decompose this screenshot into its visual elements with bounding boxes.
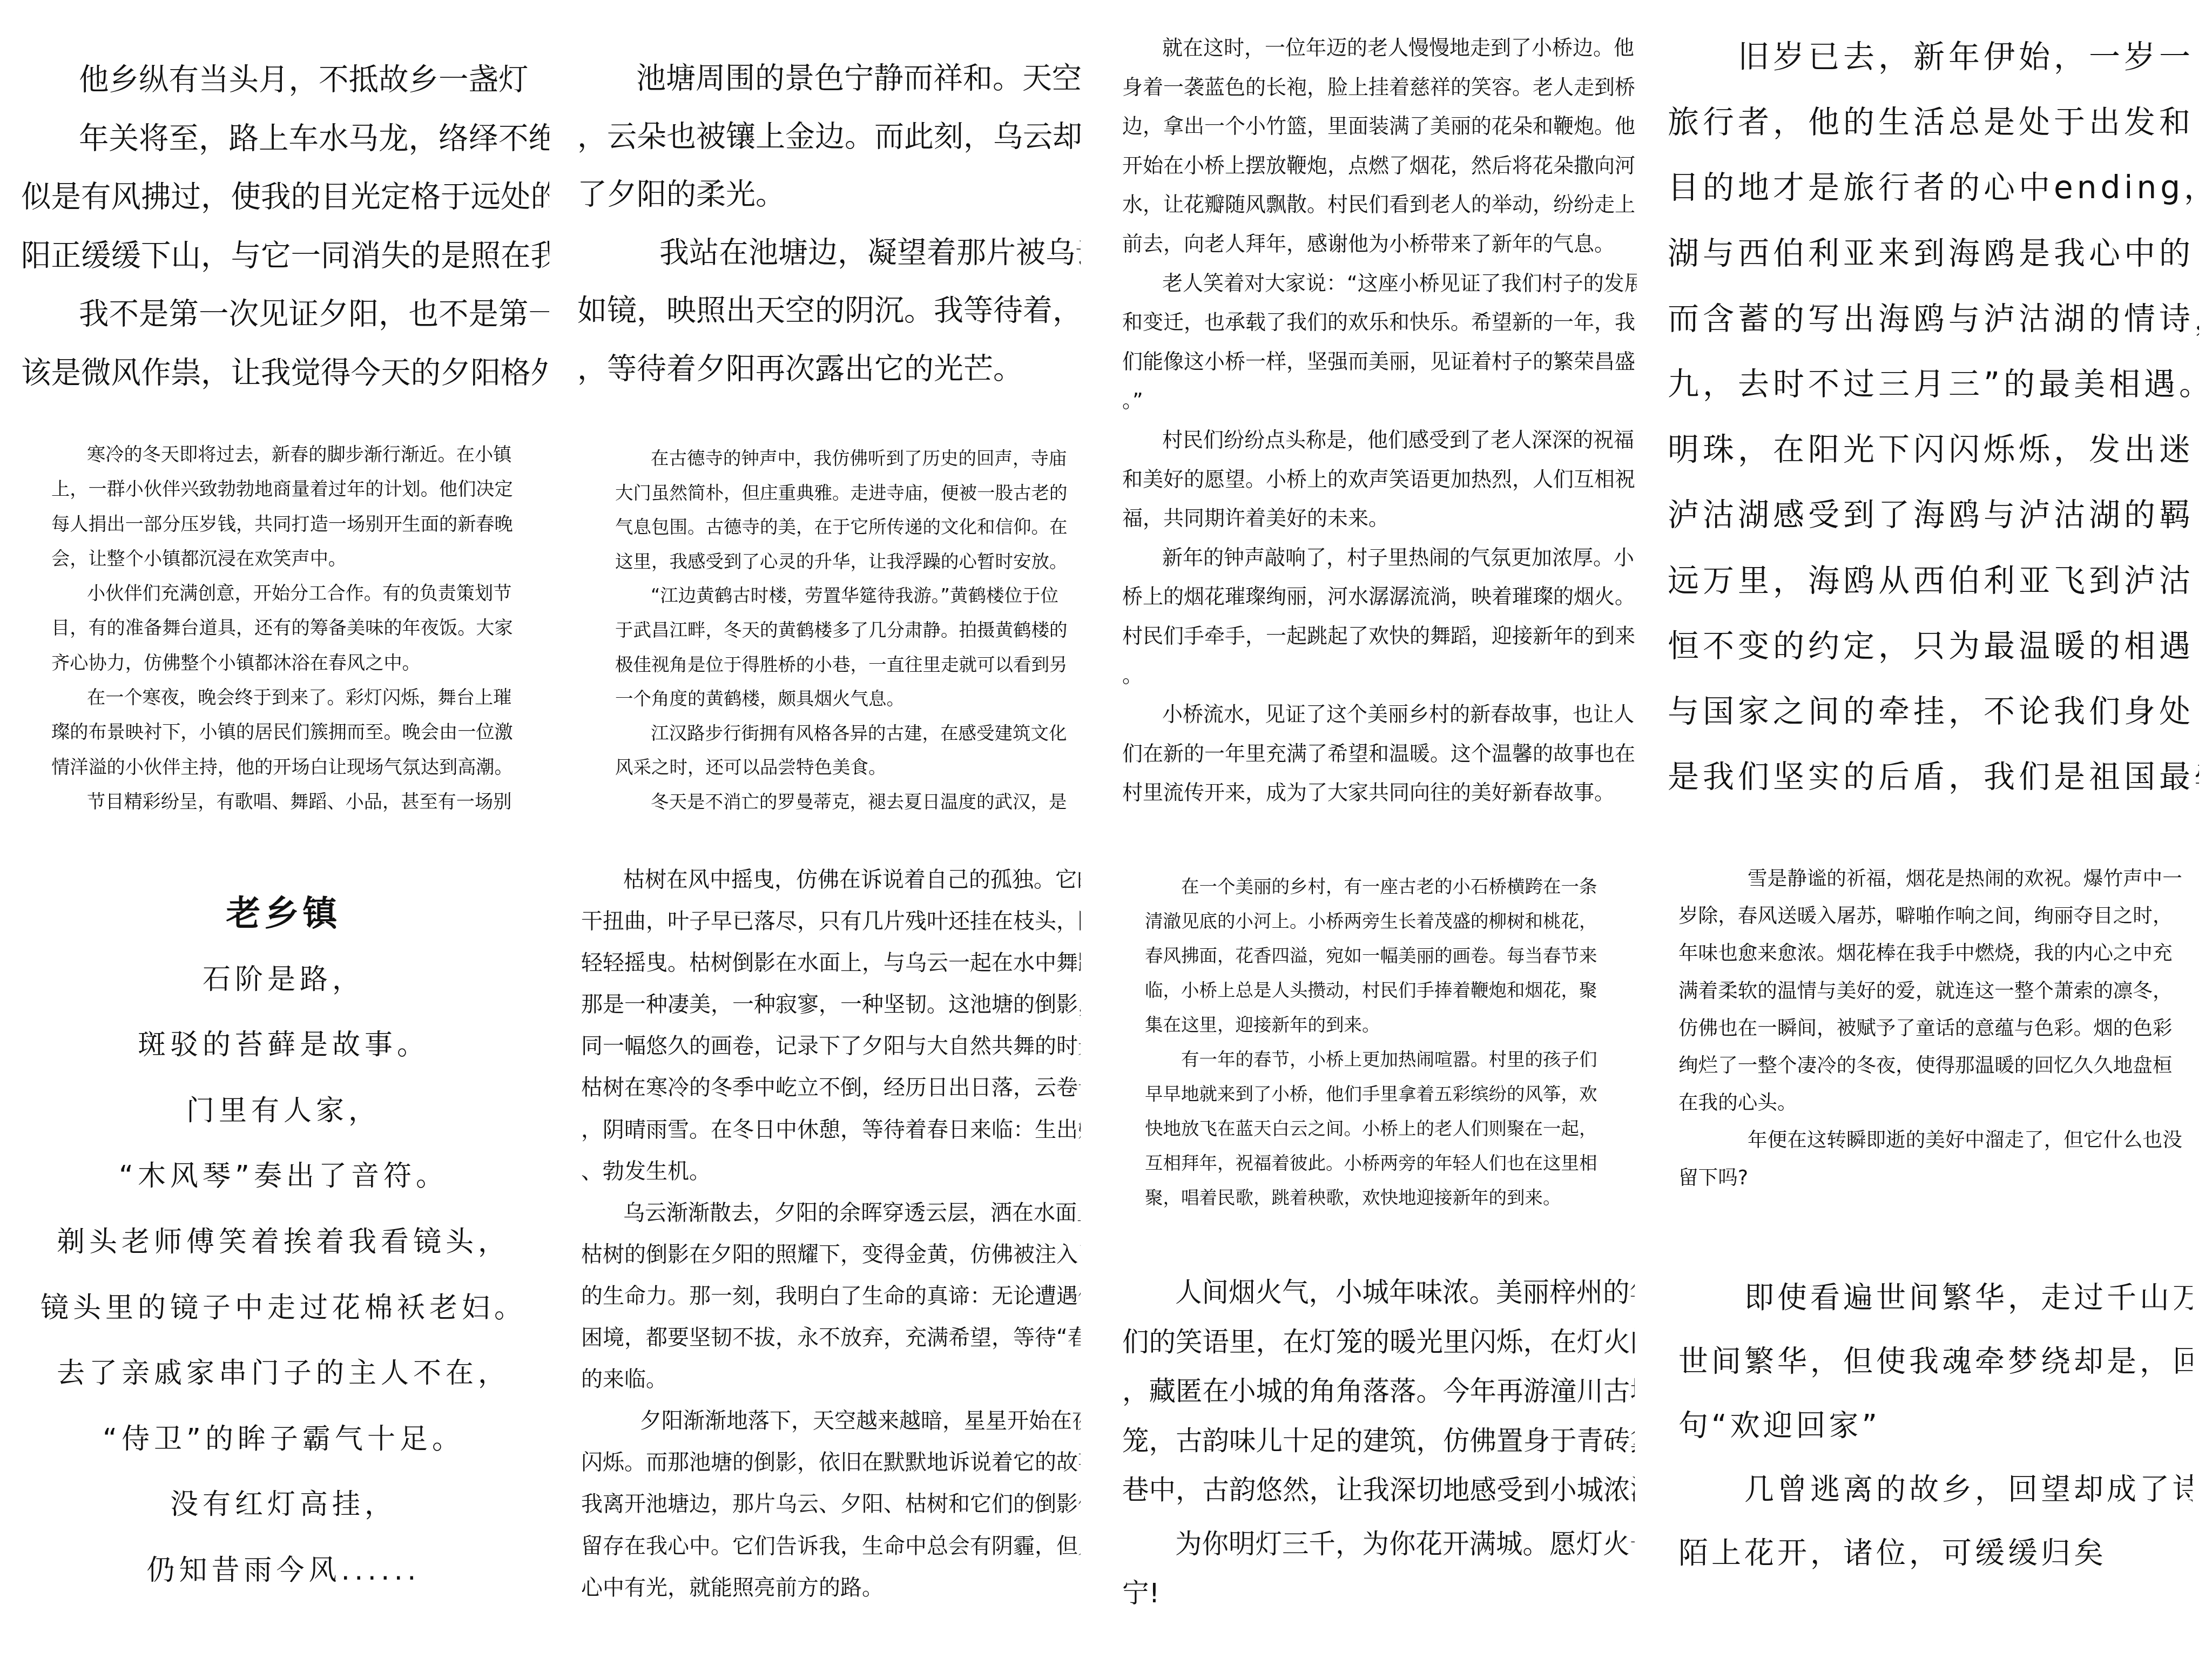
text-line: 的生命力。那一刻，我明白了生命的真谛：无论遭遇何 [581,1276,1081,1317]
text-line: 枯树在寒冷的冬季中屹立不倒，经历日出日落，云卷云 [581,1067,1081,1109]
text-line: 恒不变的约定，只为最温暖的相遇 [1668,613,2199,679]
panel-pond-scenery: 池塘周围的景色宁静而祥和。天空 ，云朵也被镶上金边。而此刻，乌云却 了夕阳的柔光… [553,0,1081,415]
text-line: ，藏匿在小城的角角落落。今年再游潼川古城 [1122,1367,1635,1417]
text-line: 集在这里，迎接新年的到来。 [1145,1008,1597,1042]
text-line: 新年的钟声敲响了，村子里热闹的气氛更加浓厚。小 [1122,538,1637,577]
text-line: 在古德寺的钟声中，我仿佛听到了历史的回声，寺庙 [615,441,1068,476]
text-line: 阳正缓缓下山，与它一同消失的是照在我 [21,227,549,286]
poem-line: 石阶是路， [14,947,553,1013]
panel-fireworks-memory: 雪是静谧的祈福，烟花是热闹的欢祝。爆竹声中一 岁除，春风送暖入屠苏，噼啪作响之间… [1659,829,2212,1244]
text-line: ，阴晴雨雪。在冬日中休憩，等待着春日来临：生出嫩 [581,1109,1081,1151]
text-line: 桥上的烟花璀璨绚丽，河水潺潺流淌，映着璀璨的烟火。 [1122,577,1637,616]
text-line: 璨的布景映衬下，小镇的居民们簇拥而至。晚会由一位激 [51,715,513,750]
text-line: 旅行者，他的生活总是处于出发和 [1668,90,2199,155]
text-line: 干扭曲，叶子早已落尽，只有几片残叶还挂在枝头，随 [581,901,1081,942]
poem-line: 斑驳的苔藓是故事。 [14,1013,553,1078]
text-line: 与国家之间的牵挂，不论我们身处 [1668,679,2199,744]
text-line: 闪烁。而那池塘的倒影，依旧在默默地诉说着它的故事 [581,1442,1081,1483]
text-line: 泸沽湖感受到了海鸥与泸沽湖的羁 [1668,482,2199,548]
text-line: 世间繁华，但使我魂牵梦绕却是，回 [1678,1329,2193,1393]
panel-town-new-year-gala: 寒冷的冬天即将过去，新春的脚步渐行渐近。在小镇 上，一群小伙伴兴致勃勃地商量着过… [0,415,553,829]
text-line: 了夕阳的柔光。 [577,165,1081,224]
text-line: 们能像这小桥一样，坚强而美丽，见证着村子的繁荣昌盛 [1122,342,1637,381]
text-line: 在一个美丽的乡村，有一座古老的小石桥横跨在一条 [1145,869,1597,904]
poem-line: 去了亲戚家串门子的主人不在， [14,1341,553,1407]
text-line: 水，让花瓣随风飘散。村民们看到老人的举动，纷纷走上 [1122,185,1637,224]
text-line: 每人捐出一部分压岁钱，共同打造一场别开生面的新春晚 [51,507,513,542]
text-line: 而含蓄的写出海鸥与泸沽湖的情诗， [1668,286,2199,352]
text-line: 江汉路步行街拥有风格各异的古建，在感受建筑文化 [615,716,1068,751]
text-line: 一个角度的黄鹤楼，颇具烟火气息。 [615,682,1068,716]
text-line: 于武昌江畔，冬天的黄鹤楼多了几分肃静。拍摄黄鹤楼的 [615,613,1068,648]
text-line: 雪是静谧的祈福，烟花是热闹的欢祝。爆竹声中一 [1678,860,2182,897]
text-line: 仿佛也在一瞬间，被赋予了童话的意蕴与色彩。烟的色彩 [1678,1009,2182,1047]
panel-text: 雪是静谧的祈福，烟花是热闹的欢祝。爆竹声中一 岁除，春风送暖入屠苏，噼啪作响之间… [1678,860,2182,1196]
text-line: 清澈见底的小河上。小桥两旁生长着茂盛的柳树和桃花， [1145,904,1597,939]
panel-text: 在一个美丽的乡村，有一座古老的小石桥横跨在一条 清澈见底的小河上。小桥两旁生长着… [1145,869,1597,1215]
text-line: 同一幅悠久的画卷，记录下了夕阳与大自然共舞的时光 [581,1026,1081,1067]
panel-lugu-lake-seagulls: 旧岁已去，新年伊始，一岁一 旅行者，他的生活总是处于出发和 目的地才是旅行者的心… [1659,0,2199,829]
text-line: 枯树的倒影在夕阳的照耀下，变得金黄，仿佛被注入了 [581,1234,1081,1276]
panel-withered-tree: 枯树在风中摇曳，仿佛在诉说着自己的孤独。它的 干扭曲，叶子早已落尽，只有几片残叶… [553,829,1081,1659]
text-line: 边，拿出一个小竹篮，里面装满了美丽的花朵和鞭炮。他 [1122,106,1637,146]
text-line: 即使看遍世间繁华，走过千山万 [1678,1265,2193,1329]
text-line: 留存在我心中。它们告诉我，生命中总会有阴霾，但只 [581,1526,1081,1567]
text-line: 寒冷的冬天即将过去，新春的脚步渐行渐近。在小镇 [51,437,513,472]
text-line: 我离开池塘边，那片乌云、夕阳、枯树和它们的倒影依 [581,1483,1081,1525]
poem-line: 镜头里的镜子中走过花棉袄老妇。 [14,1276,553,1341]
panel-text: 寒冷的冬天即将过去，新春的脚步渐行渐近。在小镇 上，一群小伙伴兴致勃勃地商量着过… [51,437,513,819]
text-line: 聚，唱着民歌，跳着秧歌，欢快地迎接新年的到来。 [1145,1181,1597,1215]
panel-text: 旧岁已去，新年伊始，一岁一 旅行者，他的生活总是处于出发和 目的地才是旅行者的心… [1668,24,2199,810]
poem-line: 剃头老师傅笑着挨着我看镜头， [14,1210,553,1276]
text-line: 夕阳渐渐地落下，天空越来越暗，星星开始在夜空 [581,1400,1081,1442]
text-line: 是我们坚实的后盾，我们是祖国最牵 [1668,744,2199,810]
text-line: 节目精彩纷呈，有歌唱、舞蹈、小品，甚至有一场别 [51,785,513,819]
panel-text: 人间烟火气，小城年味浓。美丽梓州的年 们的笑语里，在灯笼的暖光里闪烁，在灯火阑 … [1122,1268,1635,1618]
text-line: 似是有风拂过，使我的目光定格于远处的 [21,168,549,227]
poem-line: 没有红灯高挂， [14,1472,553,1538]
text-line: 绚烂了一整个凄冷的冬夜，使得那温暖的回忆久久地盘桓 [1678,1047,2182,1084]
text-line: 会，让整个小镇都沉浸在欢笑声中。 [51,542,513,576]
text-line: 轻轻摇曳。枯树倒影在水面上，与乌云一起在水中舞蹈 [581,942,1081,984]
text-line: 大门虽然简朴，但庄重典雅。走进寺庙，便被一股古老的 [615,476,1068,510]
panel-hometown-sunset: 他乡纵有当头月，不抵故乡一盏灯 年关将至，路上车水马龙，络绎不绝 似是有风拂过，… [0,0,549,415]
text-line: 村里流传开来，成为了大家共同向往的美好新春故事。 [1122,773,1637,812]
text-line: 留下吗? [1678,1159,2182,1196]
text-line: 人间烟火气，小城年味浓。美丽梓州的年 [1122,1268,1635,1318]
panel-text: 枯树在风中摇曳，仿佛在诉说着自己的孤独。它的 干扭曲，叶子早已落尽，只有几片残叶… [581,859,1081,1609]
text-line: 。 [1122,656,1637,695]
panel-text: 他乡纵有当头月，不抵故乡一盏灯 年关将至，路上车水马龙，络绎不绝 似是有风拂过，… [21,51,549,402]
panel-poem-old-town: 老乡镇 石阶是路， 斑驳的苔藓是故事。 门里有人家， “木风琴”奏出了音符。 剃… [0,829,553,1659]
text-line: 临，小桥上总是人头攒动，村民们手捧着鞭炮和烟花，聚 [1145,973,1597,1008]
text-line: 这里，我感受到了心灵的升华，让我浮躁的心暂时安放。 [615,544,1068,579]
text-line: 早早地就来到了小桥，他们手里拿着五彩缤纷的风筝，欢 [1145,1077,1597,1111]
text-line: 巷中，古韵悠然，让我深切地感受到小城浓浓 [1122,1466,1635,1515]
text-line: 句“欢迎回家” [1678,1393,2193,1457]
text-line: 心中有光，就能照亮前方的路。 [581,1567,1081,1609]
text-line: 冬天是不消亡的罗曼蒂克，褪去夏日温度的武汉，是 [615,785,1068,819]
text-line: 开始在小桥上摆放鞭炮，点燃了烟花，然后将花朵撒向河 [1122,146,1637,185]
text-line: 湖与西伯利亚来到海鸥是我心中的 [1668,221,2199,286]
text-line: 、勃发生机。 [581,1151,1081,1192]
text-line: 和变迁，也承载了我们的欢乐和快乐。希望新的一年，我 [1122,302,1637,342]
text-line: 小桥流水，见证了这个美丽乡村的新春故事，也让人 [1122,694,1637,734]
text-line: 村民们手牵手，一起跳起了欢快的舞蹈，迎接新年的到来 [1122,616,1637,656]
poem-line: 仍知昔雨今风...... [14,1538,553,1604]
text-line: ，等待着夕阳再次露出它的光芒。 [577,340,1081,398]
panel-text: 在古德寺的钟声中，我仿佛听到了历史的回声，寺庙 大门虽然简朴，但庄重典雅。走进寺… [615,441,1068,819]
text-line: 枯树在风中摇曳，仿佛在诉说着自己的孤独。它的 [581,859,1081,901]
panel-zizhou-lanterns: 人间烟火气，小城年味浓。美丽梓州的年 们的笑语里，在灯笼的暖光里闪烁，在灯火阑 … [1106,1244,1635,1659]
text-line: 乌云渐渐散去，夕阳的余晖穿透云层，洒在水面上 [581,1192,1081,1234]
poem-line: 门里有人家， [14,1078,553,1144]
text-line: 岁除，春风送暖入屠苏，噼啪作响之间，绚丽夺目之时， [1678,897,2182,934]
text-line: 旧岁已去，新年伊始，一岁一 [1668,24,2199,90]
text-line: 该是微风作祟，让我觉得今天的夕阳格外 [21,344,549,403]
text-line: 笼，古韵味儿十足的建筑，仿佛置身于青砖黛 [1122,1417,1635,1466]
text-line: 陌上花开，诸位，可缓缓归矣 [1678,1521,2193,1584]
panel-village-bridge: 在一个美丽的乡村，有一座古老的小石桥横跨在一条 清澈见底的小河上。小桥两旁生长着… [1106,829,1659,1244]
text-line: 快地放飞在蓝天白云之间。小桥上的老人们则聚在一起， [1145,1111,1597,1146]
text-line: 目，有的准备舞台道具，还有的筹备美味的年夜饭。大家 [51,611,513,645]
text-line: 为你明灯三千，为你花开满城。愿灯火长 [1122,1520,1635,1569]
text-line: 风采之时，还可以品尝特色美食。 [615,750,1068,785]
panel-text: 即使看遍世间繁华，走过千山万 世间繁华，但使我魂牵梦绕却是，回 句“欢迎回家” … [1678,1265,2193,1584]
text-line: 宁! [1122,1569,1635,1618]
text-line: 年关将至，路上车水马龙，络绎不绝 [21,110,549,168]
text-line: 们在新的一年里充满了希望和温暖。这个温馨的故事也在 [1122,734,1637,773]
text-line: 那是一种凄美，一种寂寥，一种坚韧。这池塘的倒影， [581,984,1081,1026]
text-line: 有一年的春节，小桥上更加热闹喧嚣。村里的孩子们 [1145,1042,1597,1077]
text-line: 远万里，海鸥从西伯利亚飞到泸沽 [1668,548,2199,613]
text-line: “江边黄鹤古时楼，劳置华筵待我游。”黄鹤楼位于位 [615,578,1068,613]
text-line: 如镜，映照出天空的阴沉。我等待着， [577,281,1081,340]
text-line: ，云朵也被镶上金边。而此刻，乌云却 [577,107,1081,166]
text-line: 情洋溢的小伙伴主持，他的开场白让现场气氛达到高潮。 [51,750,513,785]
text-line: 我站在池塘边，凝望着那片被乌云 [577,224,1081,282]
text-line: 村民们纷纷点头称是，他们感受到了老人深深的祝福 [1122,420,1637,460]
panel-text: 池塘周围的景色宁静而祥和。天空 ，云朵也被镶上金边。而此刻，乌云却 了夕阳的柔光… [577,49,1081,397]
text-line: 满着柔软的温情与美好的爱，就连这一整个萧索的凛冬， [1678,972,2182,1009]
text-line: 就在这时，一位年迈的老人慢慢地走到了小桥边。他 [1122,28,1637,68]
text-line: 老人笑着对大家说：“这座小桥见证了我们村子的发展 [1122,264,1637,303]
text-line: 池塘周围的景色宁静而祥和。天空 [577,49,1081,107]
panel-welcome-home: 即使看遍世间繁华，走过千山万 世间繁华，但使我魂牵梦绕却是，回 句“欢迎回家” … [1659,1244,2193,1659]
text-line: 身着一袭蓝色的长袍，脸上挂着慈祥的笑容。老人走到桥 [1122,68,1637,107]
text-line: 小伙伴们充满创意，开始分工合作。有的负责策划节 [51,576,513,611]
text-line: 极佳视角是位于得胜桥的小巷，一直往里走就可以看到另 [615,648,1068,682]
text-line: 前去，向老人拜年，感谢他为小桥带来了新年的气息。 [1122,224,1637,264]
panel-wuhan-winter: 在古德寺的钟声中，我仿佛听到了历史的回声，寺庙 大门虽然简朴，但庄重典雅。走进寺… [553,415,1106,829]
text-line: 上，一群小伙伴兴致勃勃地商量着过年的计划。他们决定 [51,472,513,507]
text-line: 齐心协力，仿佛整个小镇都沐浴在春风之中。 [51,646,513,680]
text-line: 福，共同期许着美好的未来。 [1122,498,1637,538]
poem: 老乡镇 石阶是路， 斑驳的苔藓是故事。 门里有人家， “木风琴”奏出了音符。 剃… [14,881,553,1604]
text-line: 在一个寒夜，晚会终于到来了。彩灯闪烁，舞台上璀 [51,680,513,715]
text-line: 的来临。 [581,1359,1081,1400]
text-line: 在我的心头。 [1678,1084,2182,1121]
text-line: 和美好的愿望。小桥上的欢声笑语更加热烈，人们互相祝 [1122,460,1637,499]
panel-bridge-elder: 就在这时，一位年迈的老人慢慢地走到了小桥边。他 身着一袭蓝色的长袍，脸上挂着慈祥… [1106,0,1637,829]
text-line: 九，去时不过三月三”的最美相遇。 [1668,352,2199,417]
text-line: 几曾逃离的故乡，回望却成了诗 [1678,1457,2193,1521]
text-line: 困境，都要坚韧不拔，永不放弃，充满希望，等待“春 [581,1317,1081,1359]
text-line: 目的地才是旅行者的心中ending， [1668,155,2199,220]
text-line: 互相拜年，祝福着彼此。小桥两旁的年轻人们也在这里相 [1145,1146,1597,1181]
text-line: 。” [1122,381,1637,420]
text-line: 春风拂面，花香四溢，宛如一幅美丽的画卷。每当春节来 [1145,939,1597,973]
text-line: 明珠，在阳光下闪闪烁烁，发出迷 [1668,417,2199,482]
text-line: 气息包围。古德寺的美，在于它所传递的文化和信仰。在 [615,510,1068,544]
poem-line: “侍卫”的眸子霸气十足。 [14,1407,553,1473]
text-line: 他乡纵有当头月，不抵故乡一盏灯 [21,51,549,110]
poem-line: “木风琴”奏出了音符。 [14,1144,553,1210]
panel-text: 就在这时，一位年迈的老人慢慢地走到了小桥边。他 身着一袭蓝色的长袍，脸上挂着慈祥… [1122,28,1637,812]
poem-title: 老乡镇 [14,881,553,947]
text-line: 年便在这转瞬即逝的美好中溜走了，但它什么也没 [1678,1121,2182,1158]
text-line: 们的笑语里，在灯笼的暖光里闪烁，在灯火阑 [1122,1318,1635,1367]
text-line: 我不是第一次见证夕阳，也不是第一 [21,285,549,344]
text-line: 年味也愈来愈浓。烟花棒在我手中燃烧，我的内心之中充 [1678,934,2182,972]
